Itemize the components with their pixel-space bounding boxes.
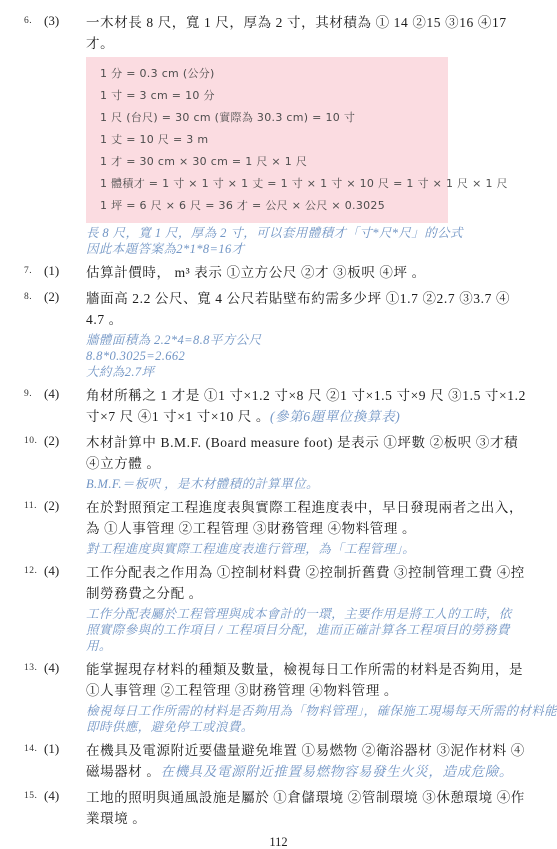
answer-value: (3): [44, 12, 86, 29]
question-body: 工作分配表之作用為 ①控制材料費 ②控制折舊費 ③控制管理工費 ④控制勞務費之分…: [86, 562, 531, 654]
note-line: 8.8*0.3025=2.662: [86, 348, 531, 364]
answer-value: (4): [44, 385, 86, 402]
question-body: 一木材長 8 尺，寬 1 尺，厚為 2 寸，其材積為 ① 14 ②15 ③16 …: [86, 12, 531, 257]
note-line: 牆體面積為 2.2*4=8.8平方公尺: [86, 332, 531, 348]
question-number: 13.: [24, 659, 44, 673]
note-line: 對工程進度與實際工程進度表進行管理，為「工程管理」。: [86, 541, 531, 557]
answer-value: (4): [44, 562, 86, 579]
question-text: 能掌握現存材料的種類及數量，檢視每日工作所需的材料是否夠用，是 ①人事管理 ②工…: [86, 659, 531, 701]
question-text: 在機具及電源附近要儘量避免堆置 ①易燃物 ②衛浴器材 ③泥作材料 ④磁場器材 。…: [86, 740, 531, 782]
note-line: 照實際參與的工作項目 / 工程項目分配，進而正確計算各工程項目的勞務費: [86, 622, 531, 638]
note-line: 大約為2.7坪: [86, 364, 531, 380]
question-row-9: 9. (4) 角材所稱之 1 才是 ①1 寸×1.2 寸×8 尺 ②1 寸×1.…: [0, 385, 557, 427]
question-text: 工地的照明與通風設施是屬於 ①倉儲環境 ②管制環境 ③休憩環境 ④作業環境 。: [86, 787, 531, 829]
conversion-line: 1 丈 = 10 尺 = 3 m: [100, 129, 448, 151]
question-body: 牆面高 2.2 公尺、寬 4 公尺若貼壁布約需多少坪 ①1.7 ②2.7 ③3.…: [86, 288, 531, 380]
question-text: 木材計算中 B.M.F. (Board measure foot) 是表示 ①坪…: [86, 432, 531, 474]
note-line: 因此本題答案為2*1*8=16才: [86, 241, 531, 257]
note-line: 檢視每日工作所需的材料是否夠用為「物料管理」，確保施工現場每天所需的材料能: [86, 703, 531, 719]
explanation-note: 對工程進度與實際工程進度表進行管理，為「工程管理」。: [86, 541, 531, 557]
question-row-8: 8. (2) 牆面高 2.2 公尺、寬 4 公尺若貼壁布約需多少坪 ①1.7 ②…: [0, 288, 557, 380]
explanation-note: 檢視每日工作所需的材料是否夠用為「物料管理」，確保施工現場每天所需的材料能 即時…: [86, 703, 531, 735]
answer-value: (2): [44, 288, 86, 305]
question-number: 11.: [24, 497, 44, 511]
question-text: 在於對照預定工程進度表與實際工程進度表中，早日發現兩者之出入，為 ①人事管理 ②…: [86, 497, 531, 539]
conversion-line: 1 尺 (台尺) = 30 cm (實際為 30.3 cm) = 10 寸: [100, 107, 448, 129]
inline-note: 在機具及電源附近推置易燃物容易發生火災，造成危險。: [160, 764, 513, 779]
conversion-line: 1 寸 = 3 cm = 10 分: [100, 85, 448, 107]
explanation-note: 工作分配表屬於工程管理與成本會計的一環，主要作用是將工人的工時，依 照實際參與的…: [86, 606, 531, 654]
question-row-13: 13. (4) 能掌握現存材料的種類及數量，檢視每日工作所需的材料是否夠用，是 …: [0, 659, 557, 735]
question-number: 6.: [24, 12, 44, 26]
question-number: 8.: [24, 288, 44, 302]
question-text: 工作分配表之作用為 ①控制材料費 ②控制折舊費 ③控制管理工費 ④控制勞務費之分…: [86, 562, 531, 604]
question-body: 估算計價時， m³ 表示 ①立方公尺 ②才 ③板呎 ④坪 。: [86, 262, 531, 283]
question-row-7: 7. (1) 估算計價時， m³ 表示 ①立方公尺 ②才 ③板呎 ④坪 。: [0, 262, 557, 283]
unit-conversion-box: 1 分 = 0.3 cm (公分) 1 寸 = 3 cm = 10 分 1 尺 …: [86, 57, 448, 223]
note-line: 即時供應，避免停工或浪費。: [86, 719, 531, 735]
explanation-note: 長 8 尺，寬 1 尺，厚為 2 寸，可以套用體積才「寸*尺*尺」的公式 因此本…: [86, 225, 531, 257]
conversion-line: 1 分 = 0.3 cm (公分): [100, 63, 448, 85]
question-number: 9.: [24, 385, 44, 399]
answer-value: (1): [44, 262, 86, 279]
explanation-note: 牆體面積為 2.2*4=8.8平方公尺 8.8*0.3025=2.662 大約為…: [86, 332, 531, 380]
question-text: 估算計價時， m³ 表示 ①立方公尺 ②才 ③板呎 ④坪 。: [86, 262, 531, 283]
question-body: 在機具及電源附近要儘量避免堆置 ①易燃物 ②衛浴器材 ③泥作材料 ④磁場器材 。…: [86, 740, 531, 782]
page-number: 112: [0, 835, 557, 849]
question-body: 在於對照預定工程進度表與實際工程進度表中，早日發現兩者之出入，為 ①人事管理 ②…: [86, 497, 531, 557]
note-line: 工作分配表屬於工程管理與成本會計的一環，主要作用是將工人的工時，依: [86, 606, 531, 622]
note-line: 長 8 尺，寬 1 尺，厚為 2 寸，可以套用體積才「寸*尺*尺」的公式: [86, 225, 531, 241]
question-number: 10.: [24, 432, 44, 446]
explanation-note: B.M.F.＝板呎 ，是木材體積的計算單位。: [86, 476, 531, 492]
conversion-line: 1 坪 = 6 尺 × 6 尺 = 36 才 = 公尺 × 公尺 × 0.302…: [100, 195, 448, 217]
question-number: 14.: [24, 740, 44, 754]
question-text: 一木材長 8 尺，寬 1 尺，厚為 2 寸，其材積為 ① 14 ②15 ③16 …: [86, 12, 531, 54]
note-line: 用。: [86, 638, 531, 654]
question-body: 角材所稱之 1 才是 ①1 寸×1.2 寸×8 尺 ②1 寸×1.5 寸×9 尺…: [86, 385, 531, 427]
question-number: 12.: [24, 562, 44, 576]
answer-value: (4): [44, 659, 86, 676]
question-body: 能掌握現存材料的種類及數量，檢視每日工作所需的材料是否夠用，是 ①人事管理 ②工…: [86, 659, 531, 735]
question-row-14: 14. (1) 在機具及電源附近要儘量避免堆置 ①易燃物 ②衛浴器材 ③泥作材料…: [0, 740, 557, 782]
question-body: 工地的照明與通風設施是屬於 ①倉儲環境 ②管制環境 ③休憩環境 ④作業環境 。: [86, 787, 531, 829]
question-row-10: 10. (2) 木材計算中 B.M.F. (Board measure foot…: [0, 432, 557, 492]
question-body: 木材計算中 B.M.F. (Board measure foot) 是表示 ①坪…: [86, 432, 531, 492]
question-row-11: 11. (2) 在於對照預定工程進度表與實際工程進度表中，早日發現兩者之出入，為…: [0, 497, 557, 557]
answer-value: (2): [44, 432, 86, 449]
inline-note: (參第6題單位換算表): [270, 409, 400, 424]
question-row-15: 15. (4) 工地的照明與通風設施是屬於 ①倉儲環境 ②管制環境 ③休憩環境 …: [0, 787, 557, 829]
question-row-12: 12. (4) 工作分配表之作用為 ①控制材料費 ②控制折舊費 ③控制管理工費 …: [0, 562, 557, 654]
exam-answer-page: 6. (3) 一木材長 8 尺，寬 1 尺，厚為 2 寸，其材積為 ① 14 ②…: [0, 0, 557, 849]
question-number: 15.: [24, 787, 44, 801]
question-text: 牆面高 2.2 公尺、寬 4 公尺若貼壁布約需多少坪 ①1.7 ②2.7 ③3.…: [86, 288, 531, 330]
note-line: B.M.F.＝板呎 ，是木材體積的計算單位。: [86, 476, 531, 492]
answer-value: (1): [44, 740, 86, 757]
answer-value: (2): [44, 497, 86, 514]
question-row-6: 6. (3) 一木材長 8 尺，寬 1 尺，厚為 2 寸，其材積為 ① 14 ②…: [0, 12, 557, 257]
question-text: 角材所稱之 1 才是 ①1 寸×1.2 寸×8 尺 ②1 寸×1.5 寸×9 尺…: [86, 385, 531, 427]
answer-value: (4): [44, 787, 86, 804]
conversion-line: 1 體積才 = 1 寸 × 1 寸 × 1 丈 = 1 寸 × 1 寸 × 10…: [100, 173, 448, 195]
question-number: 7.: [24, 262, 44, 276]
conversion-line: 1 才 = 30 cm × 30 cm = 1 尺 × 1 尺: [100, 151, 448, 173]
